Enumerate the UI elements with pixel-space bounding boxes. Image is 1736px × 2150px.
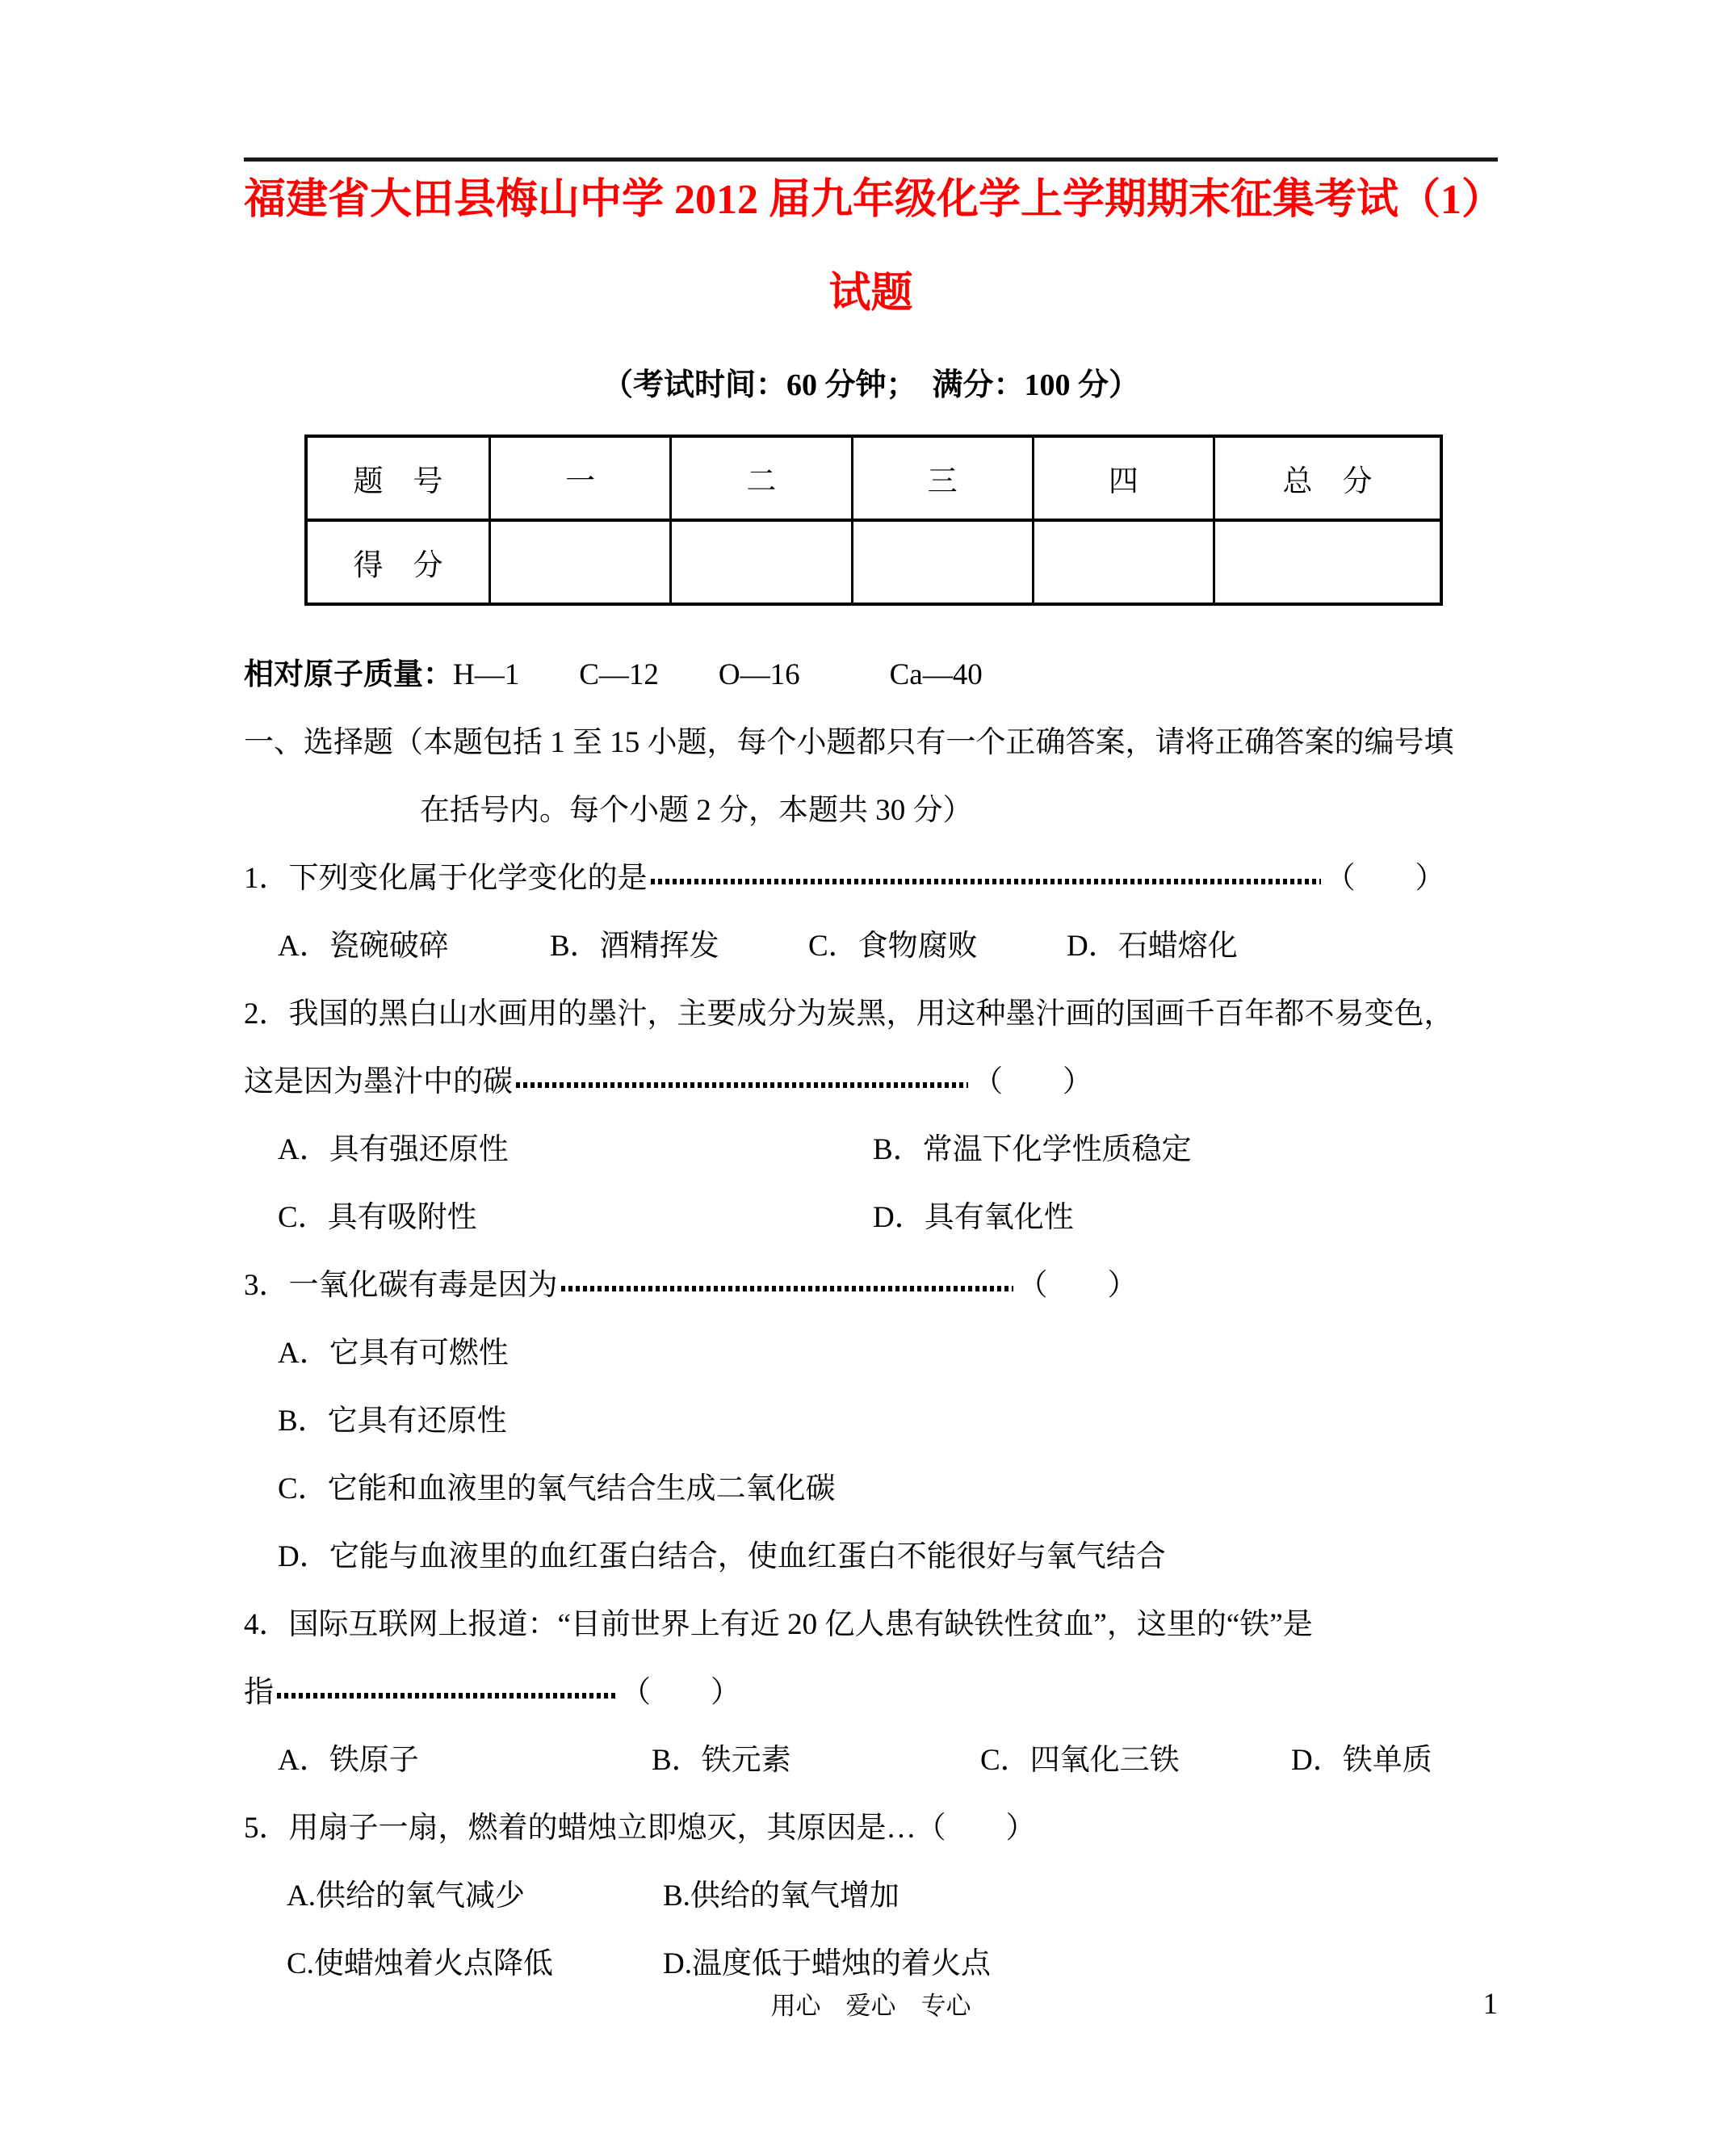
atomic-mass-line: 相对原子质量：H—1 C—12 O—16 Ca—40: [244, 656, 1498, 695]
option-B: B.供给的氧气增加: [663, 1877, 1498, 1916]
exam-page: 福建省大田县梅山中学 2012 届九年级化学上学期期末征集考试（1） 试题 （考…: [0, 0, 1736, 2150]
option-C: C．具有吸附性: [278, 1199, 873, 1237]
dotted-leader: [516, 1082, 968, 1088]
option-D: D．它能与血液里的血红蛋白结合，使血红蛋白不能很好与氧气结合: [278, 1540, 1166, 1573]
question-4: 4．国际互联网上报道：“目前世界上有近 20 亿人患有缺铁性贫血”，这里的“铁”…: [244, 1606, 1498, 1780]
score-table-header-cell-5: 总 分: [1214, 436, 1442, 520]
question-5-stem-0: 5．用扇子一扇，燃着的蜡烛立即熄灭，其原因是…（ ）: [244, 1809, 1498, 1848]
answer-bracket: （ ）: [1018, 1266, 1138, 1305]
question-4-stem-1: 指（ ）: [244, 1673, 1498, 1712]
stem-text: 4．国际互联网上报道：“目前世界上有近 20 亿人患有缺铁性贫血”，这里的“铁”…: [244, 1606, 1313, 1644]
stem-text: 2．我国的黑白山水画用的墨汁，主要成分为炭黑，用这种墨汁画的国画千百年都不易变色…: [244, 995, 1454, 1034]
option-A: A.供给的氧气减少: [287, 1877, 663, 1916]
option-C: C．食物腐败: [808, 927, 1067, 966]
option-C: C．它能和血液里的氧气结合生成二氧化碳: [278, 1472, 836, 1505]
score-table-header-cell-4: 四: [1033, 436, 1214, 520]
question-3-stem-0: 3．一氧化碳有毒是因为（ ）: [244, 1266, 1498, 1305]
question-3-options-4: D．它能与血液里的血红蛋白结合，使血红蛋白不能很好与氧气结合: [244, 1538, 1498, 1577]
question-4-stem-0: 4．国际互联网上报道：“目前世界上有近 20 亿人患有缺铁性贫血”，这里的“铁”…: [244, 1606, 1498, 1644]
atomic-mass-label: 相对原子质量：: [244, 658, 453, 691]
option-D: D．具有氧化性: [873, 1199, 1498, 1237]
exam-info: （考试时间：60 分钟； 满分：100 分）: [244, 365, 1498, 405]
option-C: C.使蜡烛着火点降低: [287, 1945, 663, 1984]
score-table-header-cell-1: 一: [490, 436, 671, 520]
option-B: B．铁元素: [652, 1741, 980, 1780]
score-empty-cell-0: [490, 520, 671, 604]
score-empty-cell-2: [852, 520, 1033, 604]
atomic-mass-values: H—1 C—12 O—16 Ca—40: [453, 658, 983, 691]
option-A: A．它具有可燃性: [278, 1337, 509, 1370]
score-label-cell: 得 分: [306, 520, 490, 604]
question-3-options-2: B．它具有还原性: [244, 1402, 1498, 1441]
top-rule: [244, 157, 1498, 162]
dotted-leader: [277, 1693, 616, 1699]
question-3: 3．一氧化碳有毒是因为（ ）A．它具有可燃性B．它具有还原性C．它能和血液里的氧…: [244, 1266, 1498, 1577]
page-number: 1: [1483, 1987, 1499, 2022]
score-table-header-cell-2: 二: [671, 436, 852, 520]
stem-text: 5．用扇子一扇，燃着的蜡烛立即熄灭，其原因是…（ ）: [244, 1809, 1036, 1848]
score-table-body: 题 号一二三四总 分得 分: [306, 436, 1441, 604]
dotted-leader: [651, 879, 1321, 884]
score-table-header-row: 题 号一二三四总 分: [306, 436, 1441, 520]
option-A: A．铁原子: [278, 1741, 652, 1780]
score-table-score-row: 得 分: [306, 520, 1441, 604]
answer-bracket: （ ）: [1326, 859, 1445, 898]
section-heading-line2: 在括号内。每个小题 2 分，本题共 30 分）: [244, 792, 1498, 830]
option-B: B．常温下化学性质稳定: [873, 1131, 1498, 1169]
dotted-leader: [561, 1286, 1013, 1291]
question-2-options-3: C．具有吸附性D．具有氧化性: [244, 1199, 1498, 1237]
option-B: B．它具有还原性: [278, 1405, 507, 1438]
question-5-options-2: C.使蜡烛着火点降低D.温度低于蜡烛的着火点: [244, 1945, 1498, 1984]
option-B: B．酒精挥发: [550, 927, 808, 966]
question-1-stem-0: 1．下列变化属于化学变化的是（ ）: [244, 859, 1498, 898]
exam-title-line1: 福建省大田县梅山中学 2012 届九年级化学上学期期末征集考试（1）: [244, 174, 1498, 226]
option-D: D.温度低于蜡烛的着火点: [663, 1945, 1498, 1984]
option-A: A．瓷碗破碎: [278, 927, 550, 966]
score-empty-cell-4: [1214, 520, 1442, 604]
stem-text: 指: [244, 1673, 274, 1712]
question-5-options-1: A.供给的氧气减少B.供给的氧气增加: [244, 1877, 1498, 1916]
questions: 1．下列变化属于化学变化的是（ ）A．瓷碗破碎B．酒精挥发C．食物腐败D．石蜡熔…: [244, 859, 1498, 1984]
question-3-options-1: A．它具有可燃性: [244, 1334, 1498, 1373]
question-2-stem-1: 这是因为墨汁中的碳（ ）: [244, 1063, 1498, 1102]
section-heading-line1: 一、选择题（本题包括 1 至 15 小题，每个小题都只有一个正确答案，请将正确答…: [244, 724, 1498, 762]
question-4-options-2: A．铁原子B．铁元素C．四氧化三铁D．铁单质: [244, 1741, 1498, 1780]
question-1: 1．下列变化属于化学变化的是（ ）A．瓷碗破碎B．酒精挥发C．食物腐败D．石蜡熔…: [244, 859, 1498, 966]
question-1-options-1: A．瓷碗破碎B．酒精挥发C．食物腐败D．石蜡熔化: [244, 927, 1498, 966]
answer-bracket: （ ）: [621, 1673, 740, 1712]
question-2-stem-0: 2．我国的黑白山水画用的墨汁，主要成分为炭黑，用这种墨汁画的国画千百年都不易变色…: [244, 995, 1498, 1034]
page-footer: 用心 爱心 专心 1: [244, 1988, 1498, 2024]
footer-motto: 用心 爱心 专心: [771, 1992, 971, 2020]
score-empty-cell-3: [1033, 520, 1214, 604]
question-2: 2．我国的黑白山水画用的墨汁，主要成分为炭黑，用这种墨汁画的国画千百年都不易变色…: [244, 995, 1498, 1237]
score-table: 题 号一二三四总 分得 分: [304, 435, 1443, 606]
score-empty-cell-1: [671, 520, 852, 604]
stem-text: 这是因为墨汁中的碳: [244, 1063, 513, 1102]
option-D: D．石蜡熔化: [1067, 927, 1498, 966]
score-table-header-cell-0: 题 号: [306, 436, 490, 520]
question-5: 5．用扇子一扇，燃着的蜡烛立即熄灭，其原因是…（ ）A.供给的氧气减少B.供给的…: [244, 1809, 1498, 1984]
stem-text: 3．一氧化碳有毒是因为: [244, 1266, 558, 1305]
answer-bracket: （ ）: [973, 1063, 1092, 1102]
exam-title-line2: 试题: [244, 268, 1498, 320]
score-table-header-cell-3: 三: [852, 436, 1033, 520]
question-2-options-2: A．具有强还原性B．常温下化学性质稳定: [244, 1131, 1498, 1169]
stem-text: 1．下列变化属于化学变化的是: [244, 859, 648, 898]
option-C: C．四氧化三铁: [980, 1741, 1291, 1780]
question-3-options-3: C．它能和血液里的氧气结合生成二氧化碳: [244, 1470, 1498, 1509]
option-D: D．铁单质: [1291, 1741, 1498, 1780]
option-A: A．具有强还原性: [278, 1131, 873, 1169]
